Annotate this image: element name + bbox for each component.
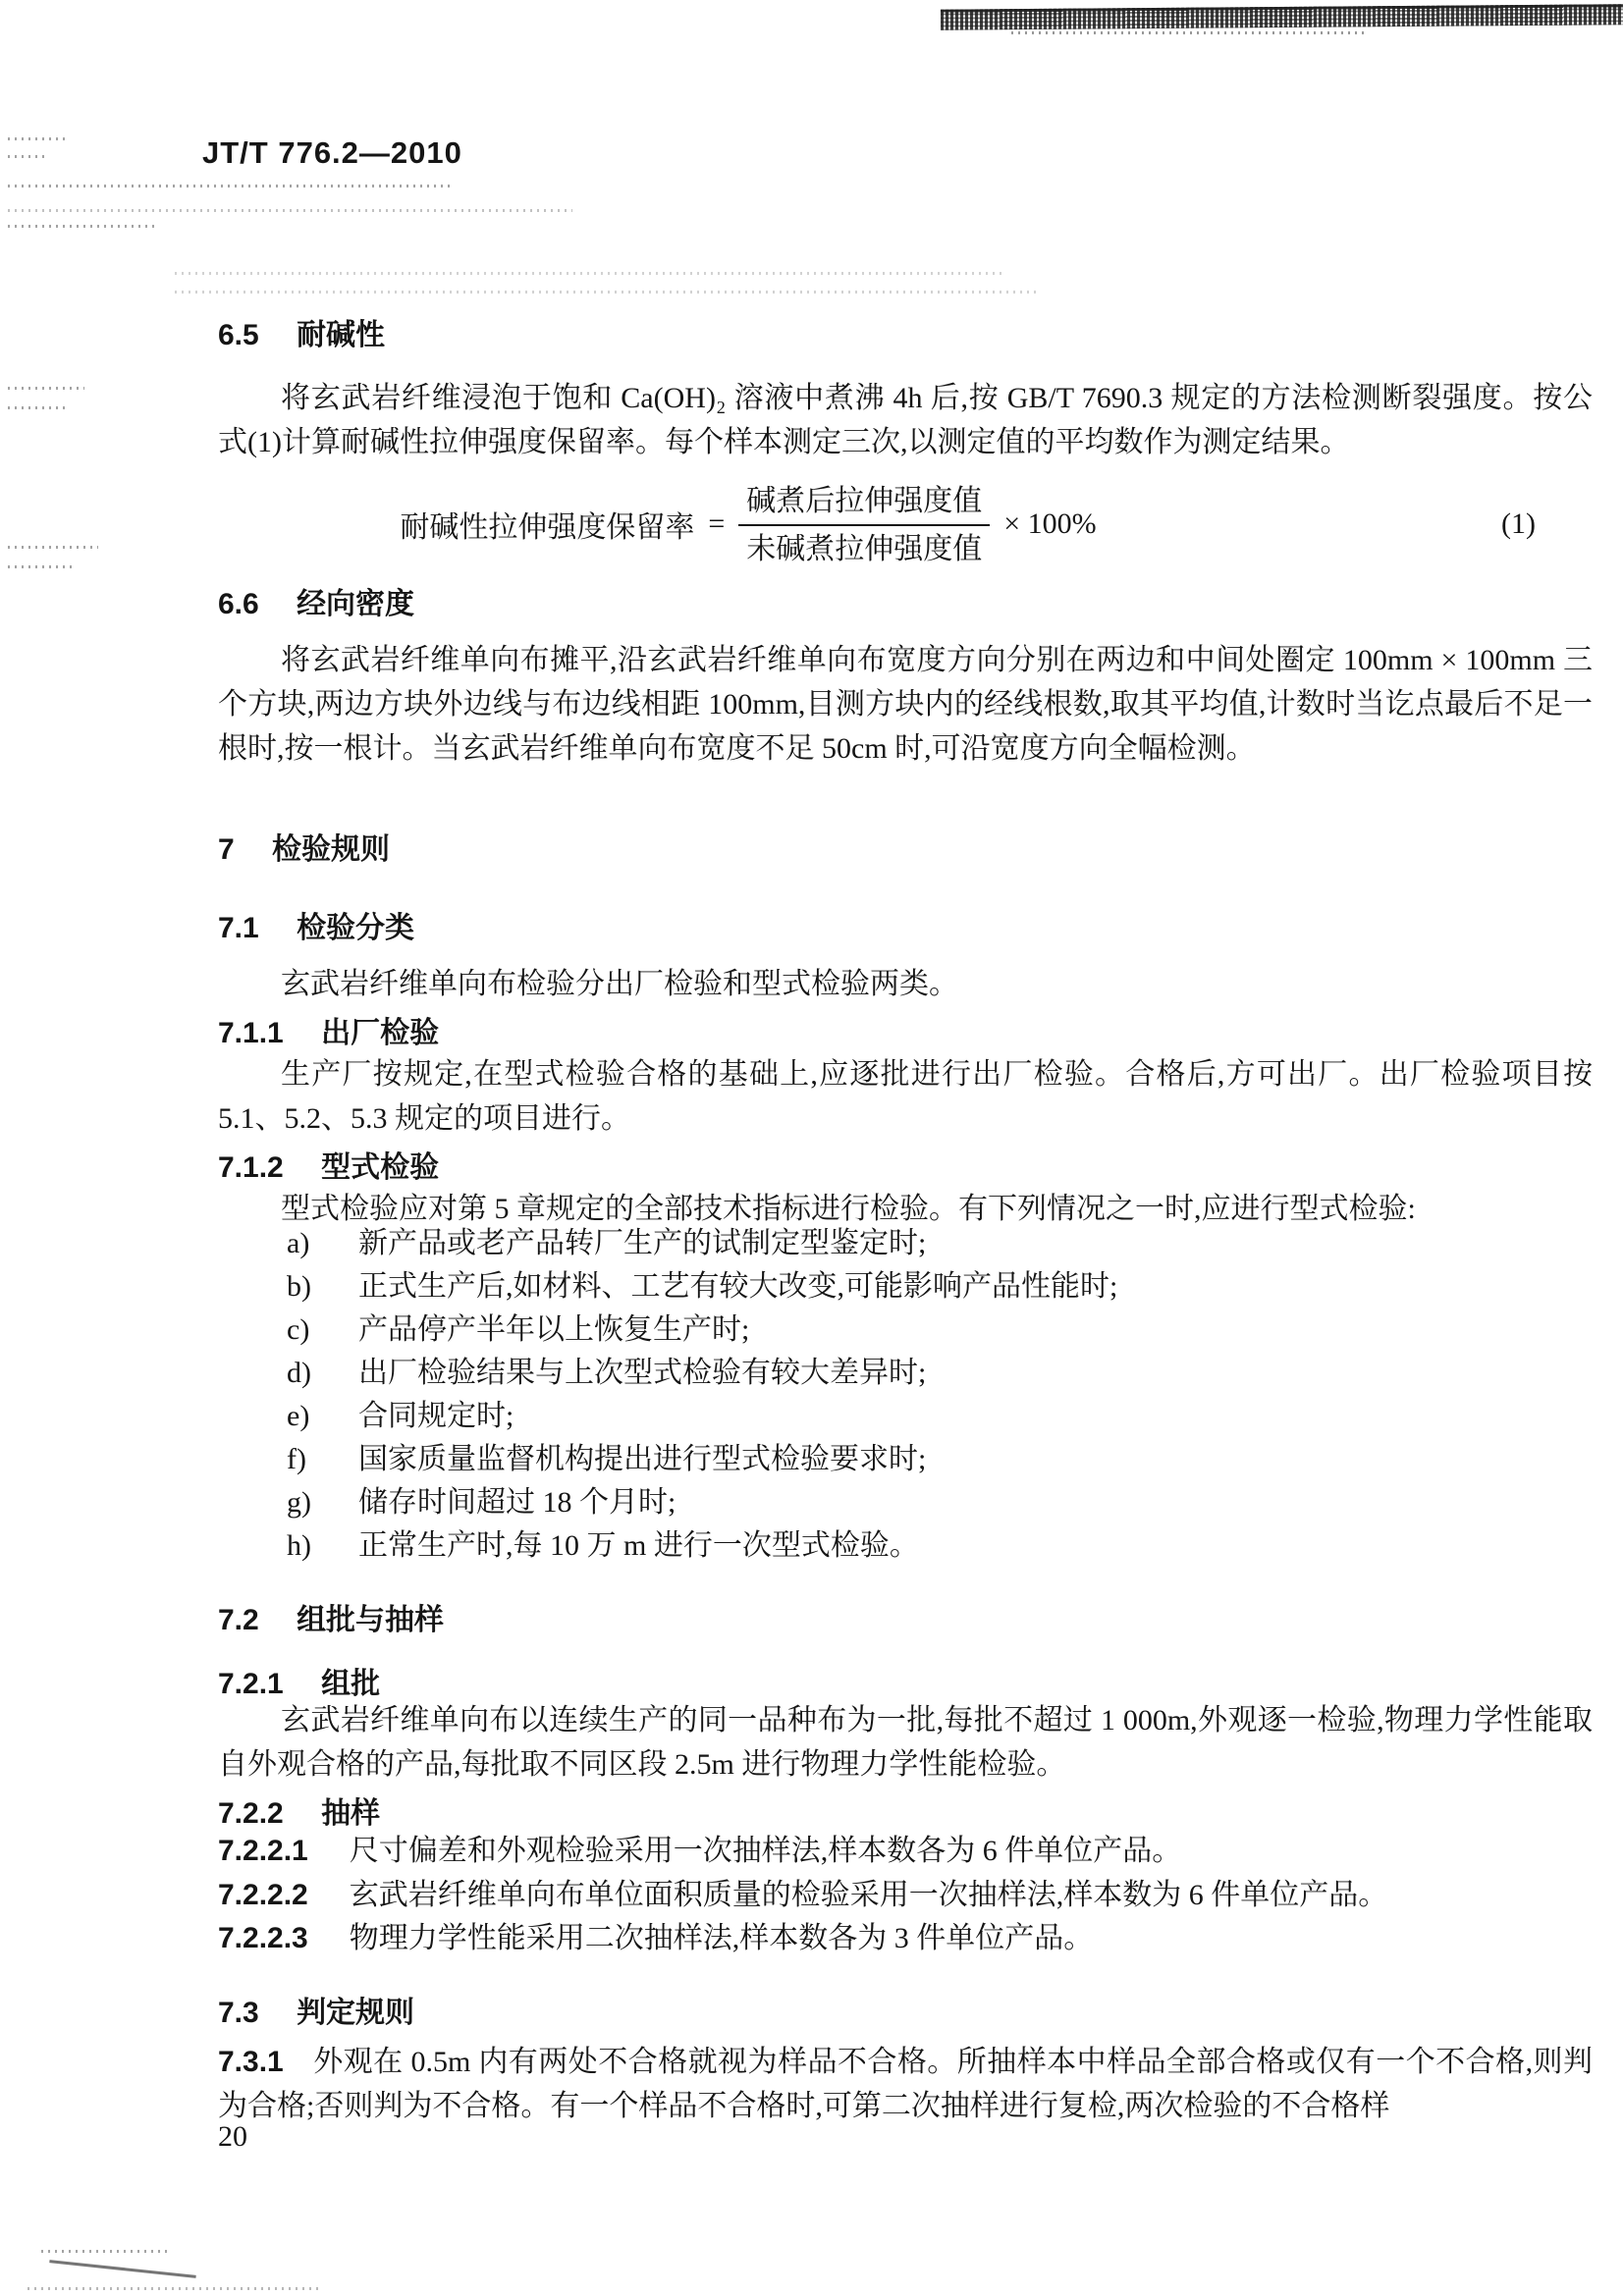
heading-number: 7.2.2 [218,1797,284,1830]
clause-7-2-2-3: 7.2.2.3物理力学性能采用二次抽样法,样本数各为 3 件单位产品。 [218,1916,1593,1960]
list-item-text: 国家质量监督机构提出进行型式检验要求时; [358,1438,1593,1481]
scan-artifact-noise [8,209,572,212]
heading-6-6: 6.6 经向密度 [218,579,414,622]
heading-title: 抽样 [321,1797,380,1830]
list-item-text: 新产品或老产品转厂生产的试制定型鉴定时; [358,1222,1593,1265]
list-item: f) 国家质量监督机构提出进行型式检验要求时; [287,1438,1593,1481]
list-item: g) 储存时间超过 18 个月时; [287,1481,1593,1524]
list-item: b) 正式生产后,如材料、工艺有较大改变,可能影响产品性能时; [287,1265,1593,1308]
heading-7-2-2: 7.2.2 抽样 [218,1789,380,1832]
scan-artifact-diagonal-line [49,2260,195,2278]
clause-number: 7.2.2.3 [218,1922,308,1954]
heading-title: 检验规则 [272,833,390,866]
scan-artifact-noise [1011,31,1365,34]
type-test-conditions-list: a) 新产品或老产品转厂生产的试制定型鉴定时; b) 正式生产后,如材料、工艺有… [287,1222,1593,1568]
list-item-label: e) [287,1395,358,1438]
heading-number: 7.1.2 [218,1151,284,1184]
scan-artifact-noise [8,546,98,549]
clause-text: 尺寸偏差和外观检验采用一次抽样法,样本数各为 6 件单位产品。 [350,1835,1182,1867]
clause-number: 7.2.2.2 [218,1879,308,1911]
list-item-text: 储存时间超过 18 个月时; [358,1481,1593,1524]
list-item: a) 新产品或老产品转厂生产的试制定型鉴定时; [287,1222,1593,1265]
heading-number: 7.2.1 [218,1668,284,1700]
list-item-text: 正常生产时,每 10 万 m 进行一次型式检验。 [358,1524,1593,1568]
heading-number: 7.3 [218,1997,259,2029]
paragraph-6-5: 将玄武岩纤维浸泡于饱和 Ca(OH)₂ 溶液中煮沸 4h 后,按 GB/T 76… [218,376,1593,464]
heading-title: 经向密度 [297,588,414,620]
paragraph-7-2-1: 玄武岩纤维单向布以连续生产的同一品种布为一批,每批不超过 1 000m,外观逐一… [218,1698,1593,1787]
list-item: e) 合同规定时; [287,1395,1593,1438]
list-item-label: f) [287,1438,358,1481]
paragraph-7-1-1: 生产厂按规定,在型式检验合格的基础上,应逐批进行出厂检验。合格后,方可出厂。出厂… [218,1052,1593,1141]
heading-6-5: 6.5 耐碱性 [218,310,385,353]
equation-number: (1) [1501,507,1536,541]
heading-7-1: 7.1 检验分类 [218,903,414,946]
list-item-label: a) [287,1222,358,1265]
clause-7-2-2-1: 7.2.2.1尺寸偏差和外观检验采用一次抽样法,样本数各为 6 件单位产品。 [218,1829,1593,1873]
heading-number: 6.6 [218,588,259,620]
scan-artifact-noise [175,291,1039,294]
list-item: d) 出厂检验结果与上次型式检验有较大差异时; [287,1352,1593,1395]
list-item-label: g) [287,1481,358,1524]
scan-artifact-noise [8,406,65,409]
clause-7-3-1: 7.3.1外观在 0.5m 内有两处不合格就视为样品不合格。所抽样本中样品全部合… [218,2040,1593,2128]
heading-title: 出厂检验 [321,1017,439,1049]
list-item-text: 产品停产半年以上恢复生产时; [358,1308,1593,1352]
scan-artifact-top-streak [941,4,1623,29]
fraction-denominator: 未碱煮拉伸强度值 [738,526,990,568]
clause-text: 物理力学性能采用二次抽样法,样本数各为 3 件单位产品。 [350,1922,1094,1954]
heading-title: 判定规则 [297,1997,414,2029]
scan-artifact-noise [8,225,155,228]
scan-artifact-noise [8,155,47,158]
list-item: c) 产品停产半年以上恢复生产时; [287,1308,1593,1352]
heading-title: 组批与抽样 [297,1604,444,1636]
heading-number: 7.1.1 [218,1017,284,1049]
heading-title: 耐碱性 [297,319,385,351]
formula-1: 耐碱性拉伸强度保留率 = 碱煮后拉伸强度值 未碱煮拉伸强度值 × 100% (1… [218,471,1593,577]
scan-artifact-noise [8,565,73,568]
formula-expression: 耐碱性拉伸强度保留率 = 碱煮后拉伸强度值 未碱煮拉伸强度值 × 100% [218,471,1278,577]
formula-multiplier: × 100% [1003,507,1096,541]
list-item-label: b) [287,1265,358,1308]
paragraph-6-6: 将玄武岩纤维单向布摊平,沿玄武岩纤维单向布宽度方向分别在两边和中间处圈定 100… [218,638,1593,771]
heading-7-2-1: 7.2.1 组批 [218,1659,380,1702]
heading-7-1-1: 7.1.1 出厂检验 [218,1008,439,1051]
heading-7-1-2: 7.1.2 型式检验 [218,1143,439,1186]
fraction: 碱煮后拉伸强度值 未碱煮拉伸强度值 [738,481,990,568]
formula-lhs: 耐碱性拉伸强度保留率 [400,503,694,546]
heading-7: 7 检验规则 [218,825,390,868]
scan-artifact-noise [8,185,450,187]
heading-title: 检验分类 [297,912,414,944]
scanned-document-page: JT/T 776.2—2010 6.5 耐碱性 将玄武岩纤维浸泡于饱和 Ca(O… [0,0,1623,2296]
heading-title: 型式检验 [321,1151,439,1184]
scan-artifact-noise [175,272,1004,275]
heading-number: 6.5 [218,319,259,351]
list-item-label: c) [287,1308,358,1352]
list-item-text: 合同规定时; [358,1395,1593,1438]
list-item-text: 出厂检验结果与上次型式检验有较大差异时; [358,1352,1593,1395]
scan-artifact-noise [41,2250,169,2253]
heading-number: 7 [218,833,235,866]
fraction-numerator: 碱煮后拉伸强度值 [738,481,990,527]
heading-7-3: 7.3 判定规则 [218,1988,414,2031]
list-item: h) 正常生产时,每 10 万 m 进行一次型式检验。 [287,1524,1593,1568]
clause-7-2-2-2: 7.2.2.2玄武岩纤维单向布单位面积质量的检验采用一次抽样法,样本数为 6 件… [218,1873,1593,1917]
list-item-text: 正式生产后,如材料、工艺有较大改变,可能影响产品性能时; [358,1265,1593,1308]
scan-artifact-noise [8,137,65,140]
heading-title: 组批 [321,1668,380,1700]
heading-7-2: 7.2 组批与抽样 [218,1595,444,1638]
scan-artifact-noise [8,387,84,390]
paragraph-7-1: 玄武岩纤维单向布检验分出厂检验和型式检验两类。 [218,962,1593,1006]
list-item-label: h) [287,1524,358,1568]
heading-number: 7.1 [218,912,259,944]
list-item-label: d) [287,1352,358,1395]
equals-sign: = [708,507,725,541]
clause-text: 外观在 0.5m 内有两处不合格就视为样品不合格。所抽样本中样品全部合格或仅有一… [218,2046,1593,2122]
clause-text: 玄武岩纤维单向布单位面积质量的检验采用一次抽样法,样本数为 6 件单位产品。 [350,1879,1388,1911]
heading-number: 7.2 [218,1604,259,1636]
scan-artifact-noise [27,2287,322,2290]
clause-number: 7.2.2.1 [218,1835,308,1867]
doc-code: JT/T 776.2—2010 [202,135,462,171]
clause-number: 7.3.1 [218,2046,284,2078]
page-number: 20 [218,2120,247,2154]
